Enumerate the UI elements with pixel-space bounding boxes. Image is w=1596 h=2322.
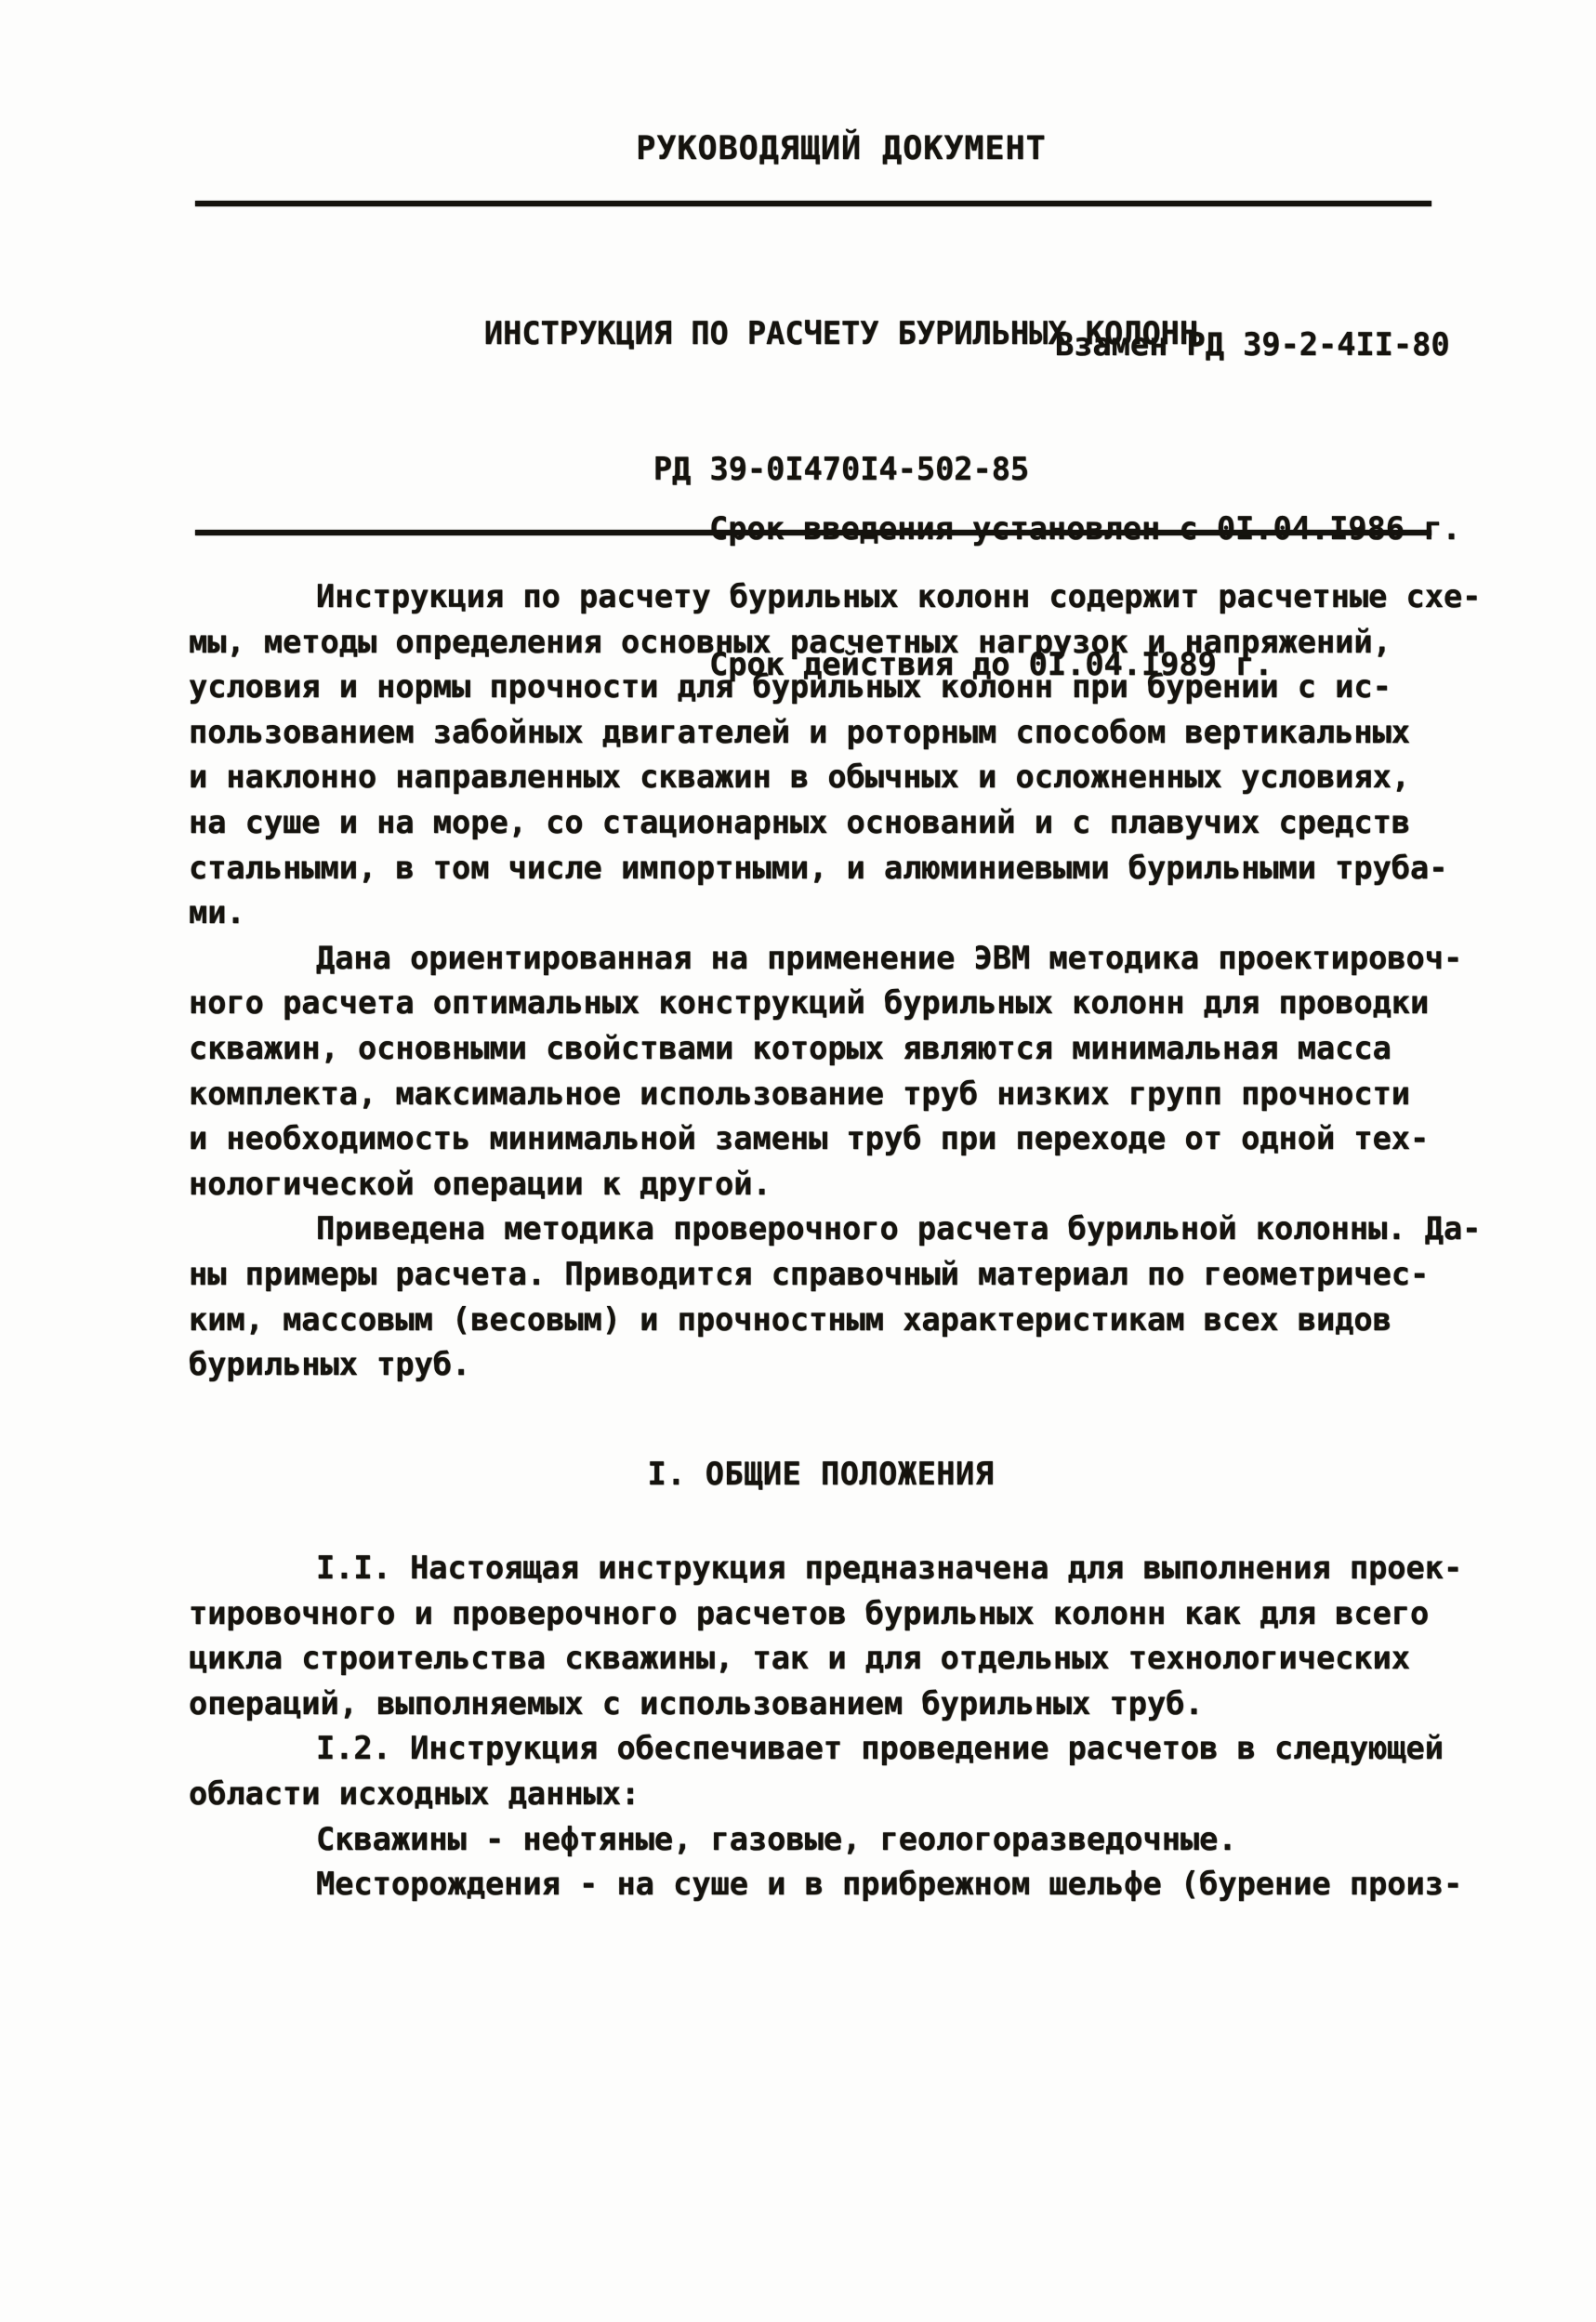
text-line: Месторождения - на суше и в прибрежном ш… xyxy=(189,1862,1464,1907)
text-line: нологической операции к другой. xyxy=(189,1162,1464,1207)
text-line: комплекта, максимальное использование тр… xyxy=(189,1072,1464,1117)
text-line: Скважины - нефтяные, газовые, геологораз… xyxy=(189,1817,1464,1863)
text-line: области исходных данных: xyxy=(189,1772,1464,1817)
mid-divider-line xyxy=(195,530,1431,535)
text-line: бурильных труб. xyxy=(189,1342,1464,1388)
top-divider-line xyxy=(195,201,1431,206)
text-line: цикла строительства скважины, так и для … xyxy=(189,1636,1464,1682)
text-line: Инструкция по расчету бурильных колонн с… xyxy=(189,574,1464,620)
supersedes-note: Взамен РД 39-2-4II-80 xyxy=(1055,326,1450,363)
section-text: I.I. Настоящая инструкция предназначена … xyxy=(189,1546,1464,1907)
text-line: ким, массовым (весовым) и прочностным ха… xyxy=(189,1298,1464,1343)
text-line: на суше и на море, со стационарных основ… xyxy=(189,800,1464,846)
text-line: пользованием забойных двигателей и ротор… xyxy=(189,710,1464,756)
abstract-text: Инструкция по расчету бурильных колонн с… xyxy=(189,574,1464,1388)
text-line: условия и нормы прочности для бурильных … xyxy=(189,665,1464,710)
text-line: операций, выполняемых с использованием б… xyxy=(189,1682,1464,1727)
text-line: Приведена методика проверочного расчета … xyxy=(189,1207,1464,1252)
doc-type-label: РУКОВОДЯЩИЙ ДОКУМЕНТ xyxy=(232,130,1450,167)
text-line: Дана ориентированная на применение ЭВМ м… xyxy=(189,936,1464,982)
text-line: I.I. Настоящая инструкция предназначена … xyxy=(189,1546,1464,1591)
text-line: ного расчета оптимальных конструкций бур… xyxy=(189,981,1464,1026)
text-line: ми. xyxy=(189,891,1464,936)
text-line: скважин, основными свойствами которых яв… xyxy=(189,1026,1464,1072)
section-heading: I. ОБЩИЕ ПОЛОЖЕНИЯ xyxy=(189,1456,1453,1492)
text-line: и необходимость минимальной замены труб … xyxy=(189,1116,1464,1162)
text-line: I.2. Инструкция обеспечивает проведение … xyxy=(189,1726,1464,1772)
text-line: ны примеры расчета. Приводится справочны… xyxy=(189,1252,1464,1298)
document-page: РУКОВОДЯЩИЙ ДОКУМЕНТ ИНСТРУКЦИЯ ПО РАСЧЕ… xyxy=(0,0,1596,2322)
text-line: и наклонно направленных скважин в обычны… xyxy=(189,755,1464,800)
text-line: тировочного и проверочного расчетов бури… xyxy=(189,1591,1464,1637)
text-line: стальными, в том числе импортными, и алю… xyxy=(189,846,1464,891)
text-line: мы, методы определения основных расчетны… xyxy=(189,620,1464,666)
